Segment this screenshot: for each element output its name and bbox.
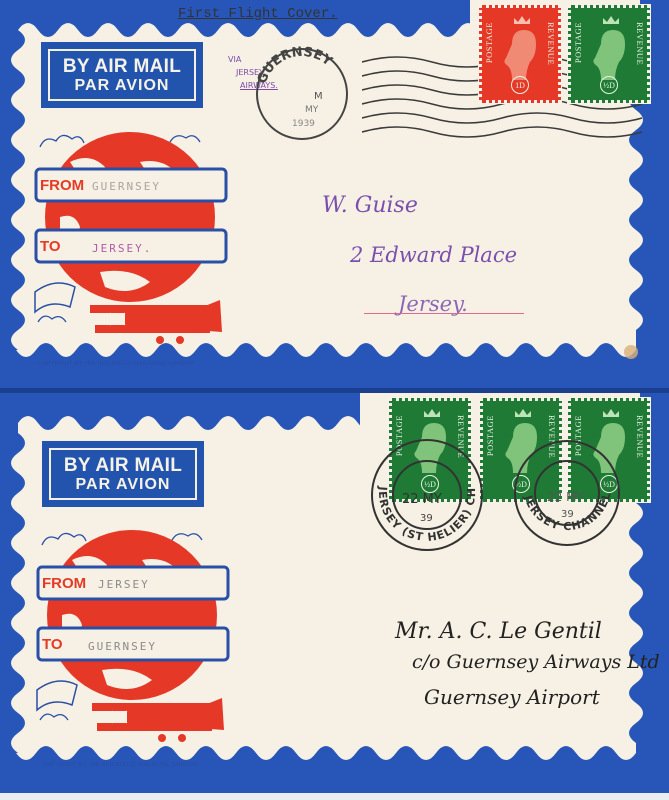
svg-text:M: M xyxy=(314,91,323,102)
cachet-from-value: GUERNSEY xyxy=(92,180,161,193)
cachet-to-value: JERSEY. xyxy=(92,242,152,255)
cachet-from-value: JERSEY xyxy=(98,578,150,591)
stamp-right-text: REVENUE xyxy=(546,22,556,65)
cachet-copyright: COPYRIGHT BY THE PHILATELIC MAGAZINE, LO… xyxy=(38,361,194,367)
address-line-3: Guernsey Airport xyxy=(424,685,600,709)
airmail-label: BY AIR MAIL PAR AVION xyxy=(41,42,203,108)
jersey-postmark-2: JERSEY CHANNEL ISLANDS 22 MY 39 xyxy=(505,431,635,561)
address-line-1: Mr. A. C. Le Gentil xyxy=(395,619,602,644)
airmail-label-line2: PAR AVION xyxy=(76,476,171,494)
cachet-from-label: FROM xyxy=(40,177,84,194)
stamp-value: 1D xyxy=(511,76,529,94)
svg-text:1939: 1939 xyxy=(292,119,315,129)
background-edge xyxy=(0,793,669,800)
globe-illustration xyxy=(32,520,232,750)
cachet-from-label: FROM xyxy=(42,575,86,592)
globe-illustration xyxy=(30,122,230,352)
cachet-to-value: GUERNSEY xyxy=(88,640,157,653)
svg-text:39: 39 xyxy=(561,509,574,520)
first-flight-cover-jersey-to-guernsey: BY AIR MAIL PAR AVION xyxy=(0,393,669,793)
cachet-to-label: TO xyxy=(42,636,63,653)
stamp-value: ½D xyxy=(600,76,618,94)
svg-text:GUERNSEY: GUERNSEY xyxy=(255,45,336,86)
stamp-halfpenny-green: POSTAGE REVENUE ½D xyxy=(568,5,650,103)
cachet-to-label: TO xyxy=(40,238,61,255)
address-underline xyxy=(364,313,524,314)
airmail-label: BY AIR MAIL PAR AVION xyxy=(42,441,204,507)
first-flight-cover-guernsey-to-jersey: First Flight Cover. BY AIR MAIL PAR AVIO… xyxy=(0,0,669,390)
typed-header: First Flight Cover. xyxy=(178,6,338,22)
stamp-right-text: REVENUE xyxy=(635,22,645,65)
globe-biplane-cachet: FROM GUERNSEY TO JERSEY. xyxy=(30,122,230,352)
airmail-label-line1: BY AIR MAIL xyxy=(64,455,182,476)
svg-text:39: 39 xyxy=(420,513,433,524)
svg-text:22 MY: 22 MY xyxy=(547,490,584,504)
stamp-left-text: POSTAGE xyxy=(573,22,583,63)
airmail-label-line1: BY AIR MAIL xyxy=(63,56,181,77)
address-line-2: 2 Edward Place xyxy=(350,243,517,267)
jersey-postmark-1: JERSEY (ST HELIER) CHANNEL ISLANDS 22 MY… xyxy=(362,433,492,563)
stamp-1d-red: POSTAGE REVENUE 1D xyxy=(479,5,561,103)
svg-text:MY: MY xyxy=(305,105,319,115)
globe-biplane-cachet: FROM JERSEY TO GUERNSEY xyxy=(32,520,232,750)
stamp-right-text: REVENUE xyxy=(635,415,645,458)
address-line-2: c/o Guernsey Airways Ltd xyxy=(412,651,660,673)
king-portrait-icon xyxy=(591,14,631,80)
cachet-copyright: COPYRIGHT BY THE PHILATELIC MAGAZINE, LO… xyxy=(42,762,198,768)
airmail-label-line2: PAR AVION xyxy=(75,77,170,95)
address-line-1: W. Guise xyxy=(322,193,418,218)
king-portrait-icon xyxy=(502,14,542,80)
stamp-left-text: POSTAGE xyxy=(484,22,494,63)
guernsey-postmark: GUERNSEY M MY 1939 xyxy=(250,44,360,144)
svg-text:22 MY: 22 MY xyxy=(402,492,442,507)
